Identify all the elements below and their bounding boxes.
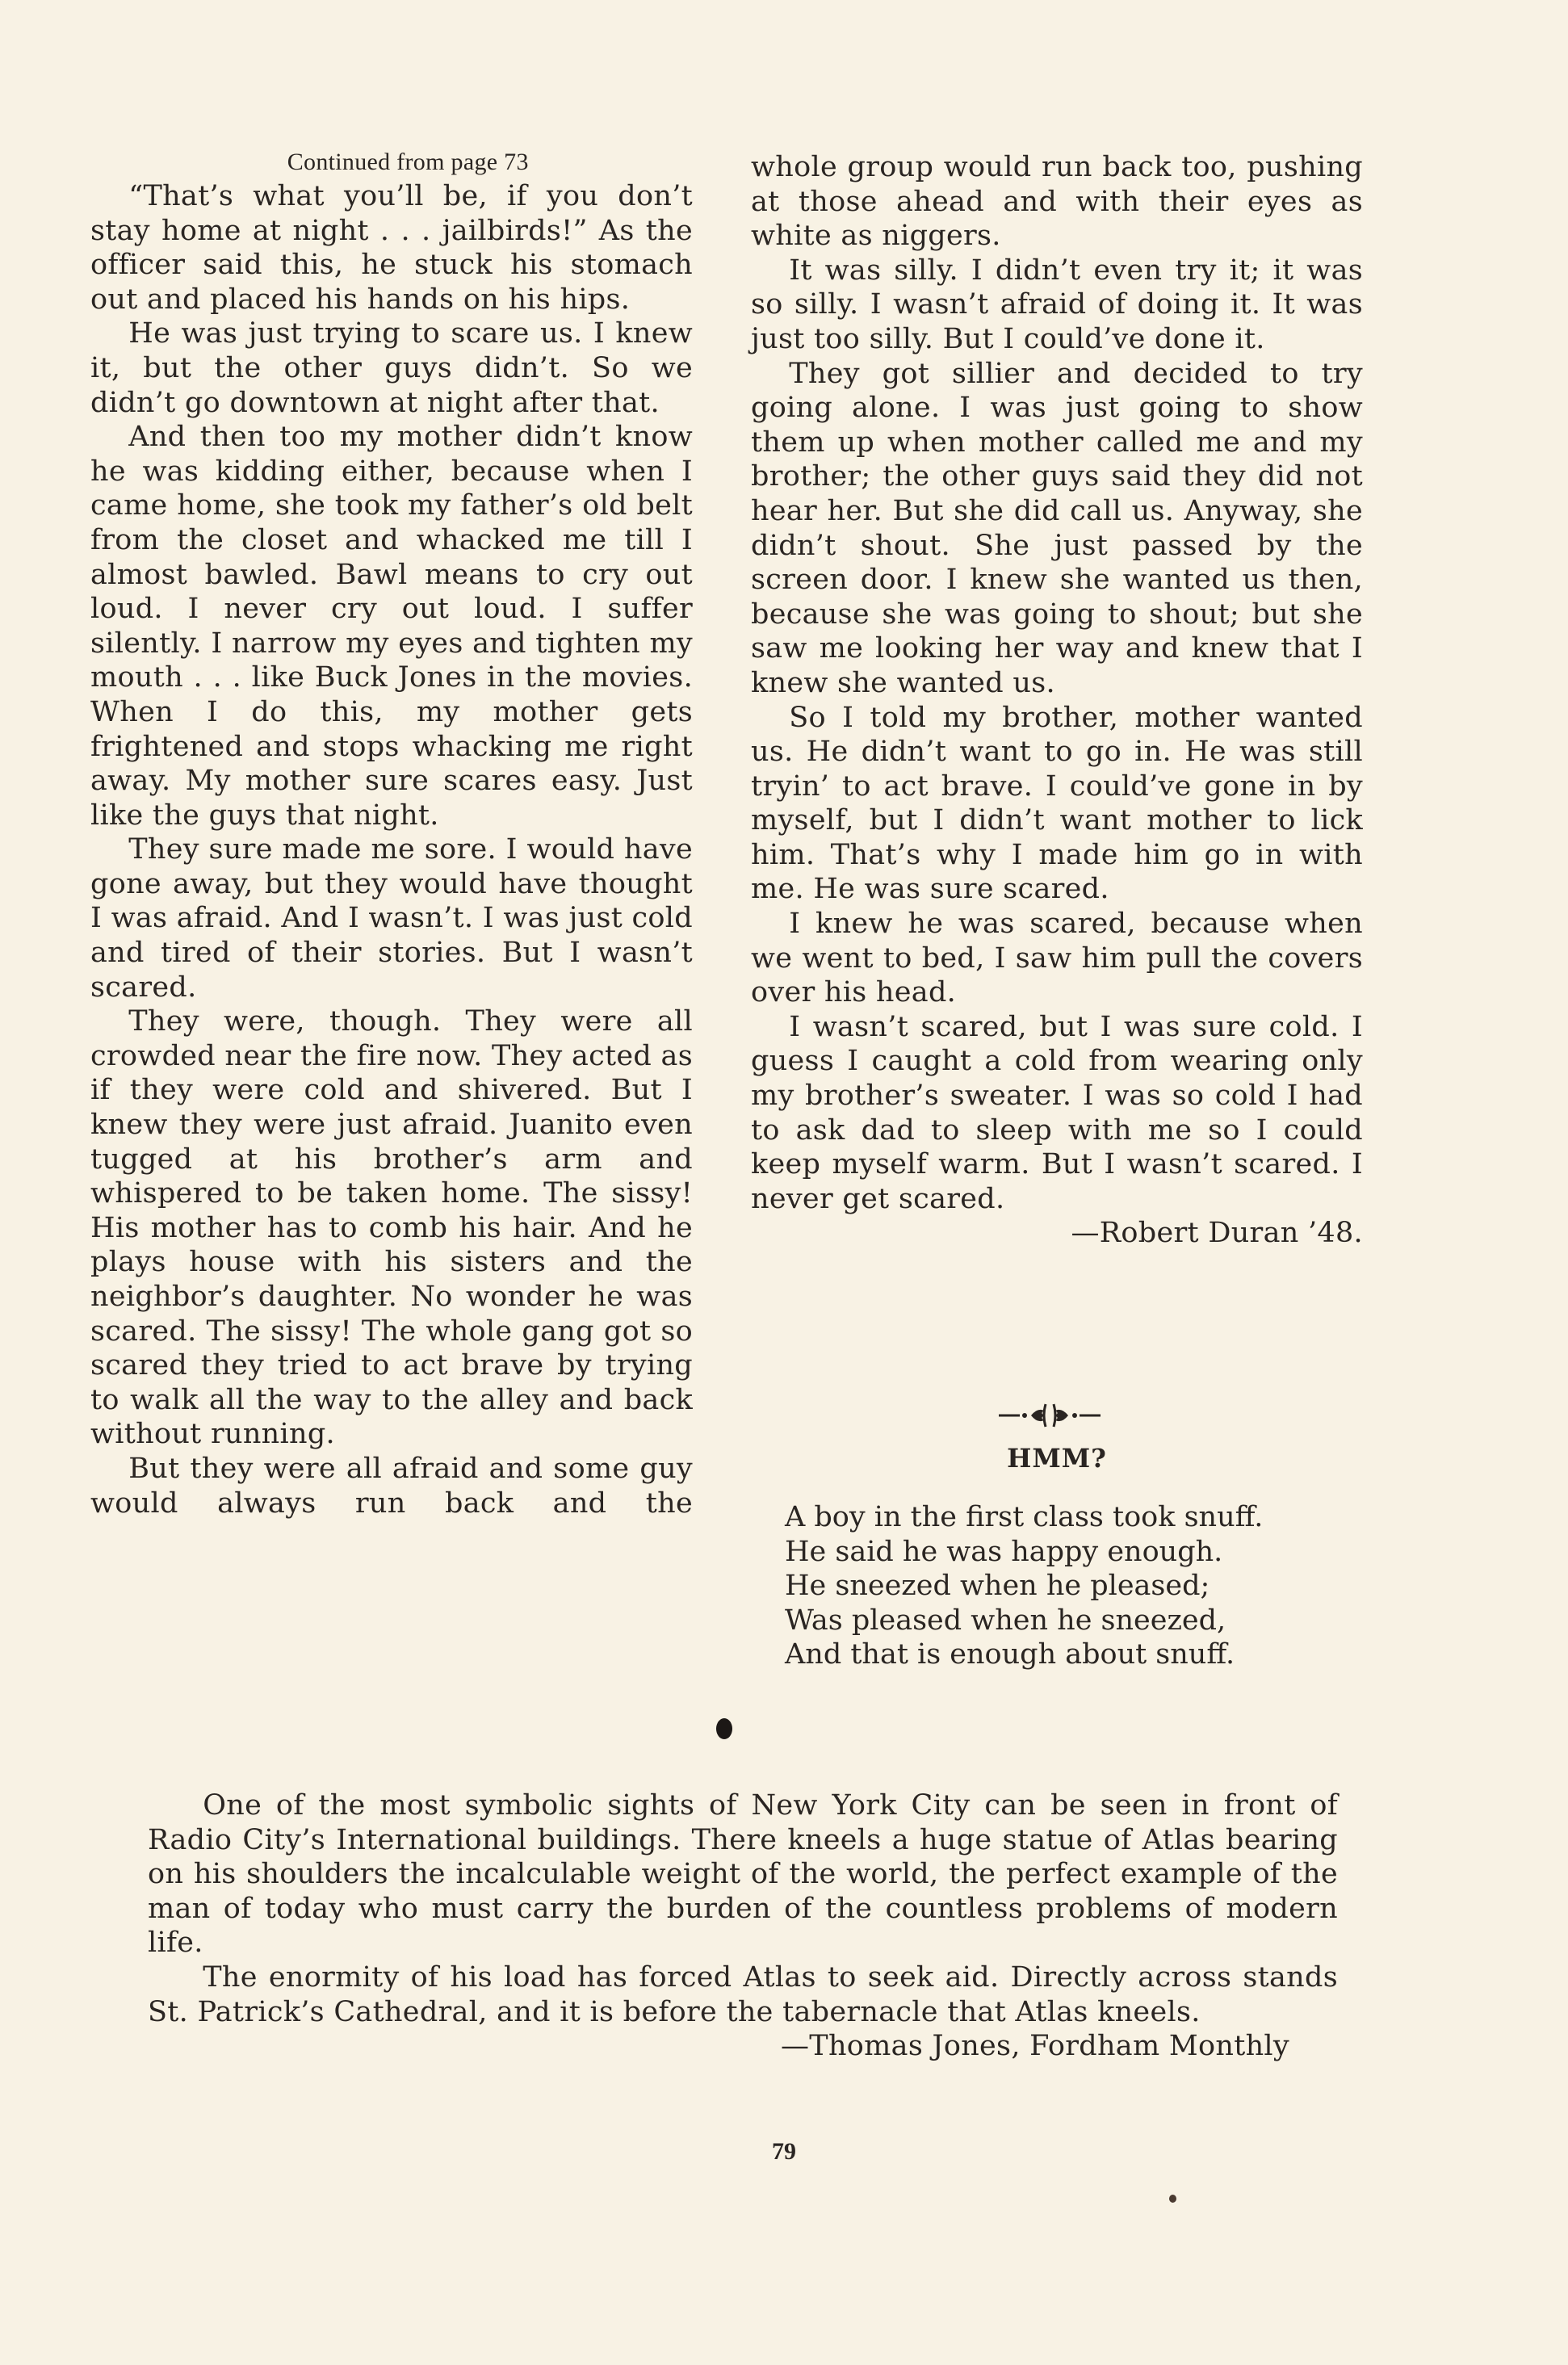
story-paragraph: He was just trying to scare us. I knew i… <box>90 317 693 420</box>
atlas-article: One of the most symbolic sights of New Y… <box>148 1788 1338 2064</box>
continued-label: Continued from page 73 <box>90 145 693 179</box>
article-paragraph: The enormity of his load has forced Atla… <box>148 1960 1338 2029</box>
article-paragraph: One of the most symbolic sights of New Y… <box>148 1788 1338 1960</box>
fleuron-divider-icon <box>997 1399 1102 1432</box>
story-paragraph: “That’s what you’ll be, if you don’t sta… <box>90 179 693 317</box>
page-number: 79 <box>0 2138 1568 2166</box>
poem-line: Was pleased when he sneezed, <box>785 1604 1366 1638</box>
story-paragraph: And then too my mother didn’t know he wa… <box>90 420 693 832</box>
story-paragraph: So I told my brother, mother wanted us. … <box>751 701 1363 908</box>
story-paragraph: It was silly. I didn’t even try it; it w… <box>751 254 1363 357</box>
story-paragraph: whole group would run back too, pushing … <box>751 150 1363 254</box>
story-paragraph: They were, though. They were all crowded… <box>90 1004 693 1452</box>
bullet-dot-icon <box>716 1718 732 1739</box>
story-paragraph: I wasn’t scared, but I was sure cold. I … <box>751 1010 1363 1217</box>
story-left-column: Continued from page 73 “That’s what you’… <box>90 145 693 1520</box>
story-paragraph: They sure made me sore. I would have gon… <box>90 832 693 1004</box>
poem: A boy in the first class took snuff. He … <box>785 1500 1366 1672</box>
story-paragraph: But they were all afraid and some guy wo… <box>90 1452 693 1520</box>
article-byline: —Thomas Jones, Fordham Monthly <box>148 2029 1289 2064</box>
poem-title: HMM? <box>751 1443 1363 1474</box>
poem-line: He sneezed when he pleased; <box>785 1569 1366 1604</box>
story-paragraph: I knew he was scared, because when we we… <box>751 907 1363 1010</box>
print-speck <box>1169 2195 1176 2203</box>
poem-line: And that is enough about snuff. <box>785 1637 1366 1672</box>
story-byline: —Robert Duran ’48. <box>751 1216 1363 1251</box>
poem-line: A boy in the first class took snuff. <box>785 1500 1366 1535</box>
story-paragraph: They got sillier and decided to try goin… <box>751 357 1363 701</box>
story-right-column: whole group would run back too, pushing … <box>751 150 1363 1251</box>
poem-line: He said he was happy enough. <box>785 1535 1366 1570</box>
